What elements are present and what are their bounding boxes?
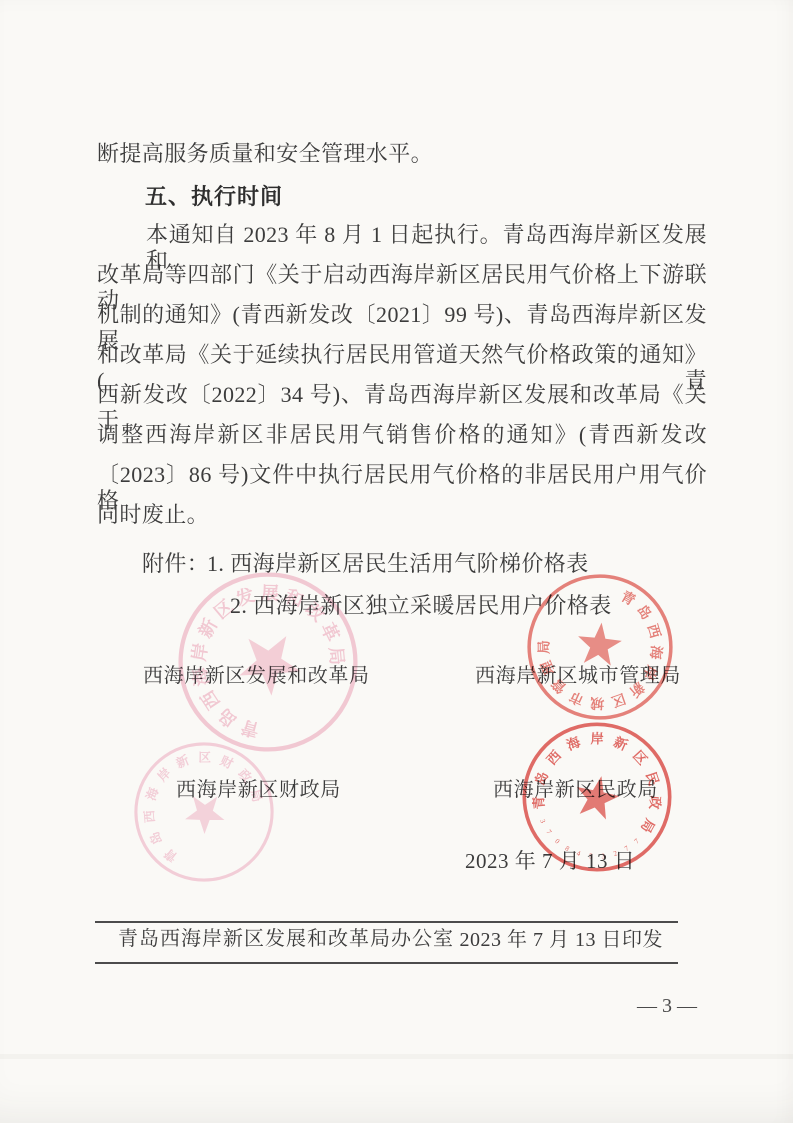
seal-ring-char: 岛 [214,704,241,732]
seal-code-digit: 3 [538,818,547,825]
seal-ring-char: 区 [609,691,627,710]
seal-ring-char: 西 [141,809,157,823]
seal-ring-char: 新 [611,733,630,753]
seal-star-icon [225,619,310,703]
signature-agency-development-reform: 西海岸新区发展和改革局 [143,665,370,689]
footer-print-date: 2023 年 7 月 13 日印发 [460,929,664,953]
paragraph-line: 同时废止。 [97,502,209,528]
attachment-item: 1. 西海岸新区居民生活用气阶梯价格表 [207,551,589,577]
footer-issuer: 青岛西海岸新区发展和改革局办公室 [118,928,454,952]
seal-code-digit: 7 [544,828,553,836]
seal-ring-char: 财 [218,753,236,772]
seal-ring-char: 青 [618,588,638,609]
attachments-label: 附件： [142,551,209,577]
signature-agency-urban-management: 西海岸新区城市管理局 [475,665,681,689]
seal-ring-char: 革 [317,620,343,645]
seal-ring-char: 青 [161,845,180,865]
seal-ring-char: 西 [197,687,224,713]
seal-ring-char: 青 [239,716,262,741]
seal-ring-char: 西 [645,622,663,640]
seal-ring-char: 岸 [188,642,211,663]
seal-ring-char: 局 [536,640,551,654]
seal-ring-char: 岸 [154,765,174,785]
attachment-item: 2. 西海岸新区独立采暖居民用户价格表 [230,593,612,619]
section-heading: 五、执行时间 [145,184,283,210]
seal-ring-char: 海 [564,733,583,753]
seal-ring-char: 局 [638,816,658,835]
seal-code-digit: 7 [633,837,641,846]
seal-ring-char: 城 [590,695,605,712]
paragraph-line: 调整西海岸新区非居民用气销售价格的通知》(青西新发改 [97,422,707,448]
seal-ring-char: 局 [326,646,347,666]
signature-agency-civil-affairs: 西海岸新区民政局 [493,779,658,803]
document-page: 断提高服务质量和安全管理水平。 五、执行时间 本通知自 2023 年 8 月 1… [0,0,793,1123]
seal-ring-char: 西 [544,747,565,767]
seal-ring-char: 市 [567,688,586,708]
seal-ring-char: 岛 [634,602,655,623]
seal-ring-char: 新 [194,615,221,641]
body-text-line: 断提高服务质量和安全管理水平。 [97,141,433,167]
seal-ring-char: 海 [143,785,161,802]
seal-ring-char: 区 [198,750,211,765]
official-seal-graphic: 青岛西海岸新区财政局 [101,709,307,915]
seal-ring-char: 新 [174,752,192,771]
seal-ring-char: 岸 [590,730,603,746]
signature-date: 2023 年 7 月 13 日 [465,849,635,874]
seal-ring-char: 区 [630,748,651,768]
seal-code-digit: 0 [553,837,561,846]
seal-ring [109,717,299,907]
footer-rule-bottom [95,962,678,964]
page-number: — 3 — [637,995,697,1019]
seal-ring-char: 海 [648,645,665,660]
footer-rule-top [95,921,678,923]
signature-agency-finance: 西海岸新区财政局 [176,779,341,803]
scan-artifact [0,1054,793,1059]
seal-ring-char: 岛 [146,829,165,848]
seal-finance-bureau: 青岛西海岸新区财政局 [101,709,307,915]
seal-ring [503,550,697,744]
